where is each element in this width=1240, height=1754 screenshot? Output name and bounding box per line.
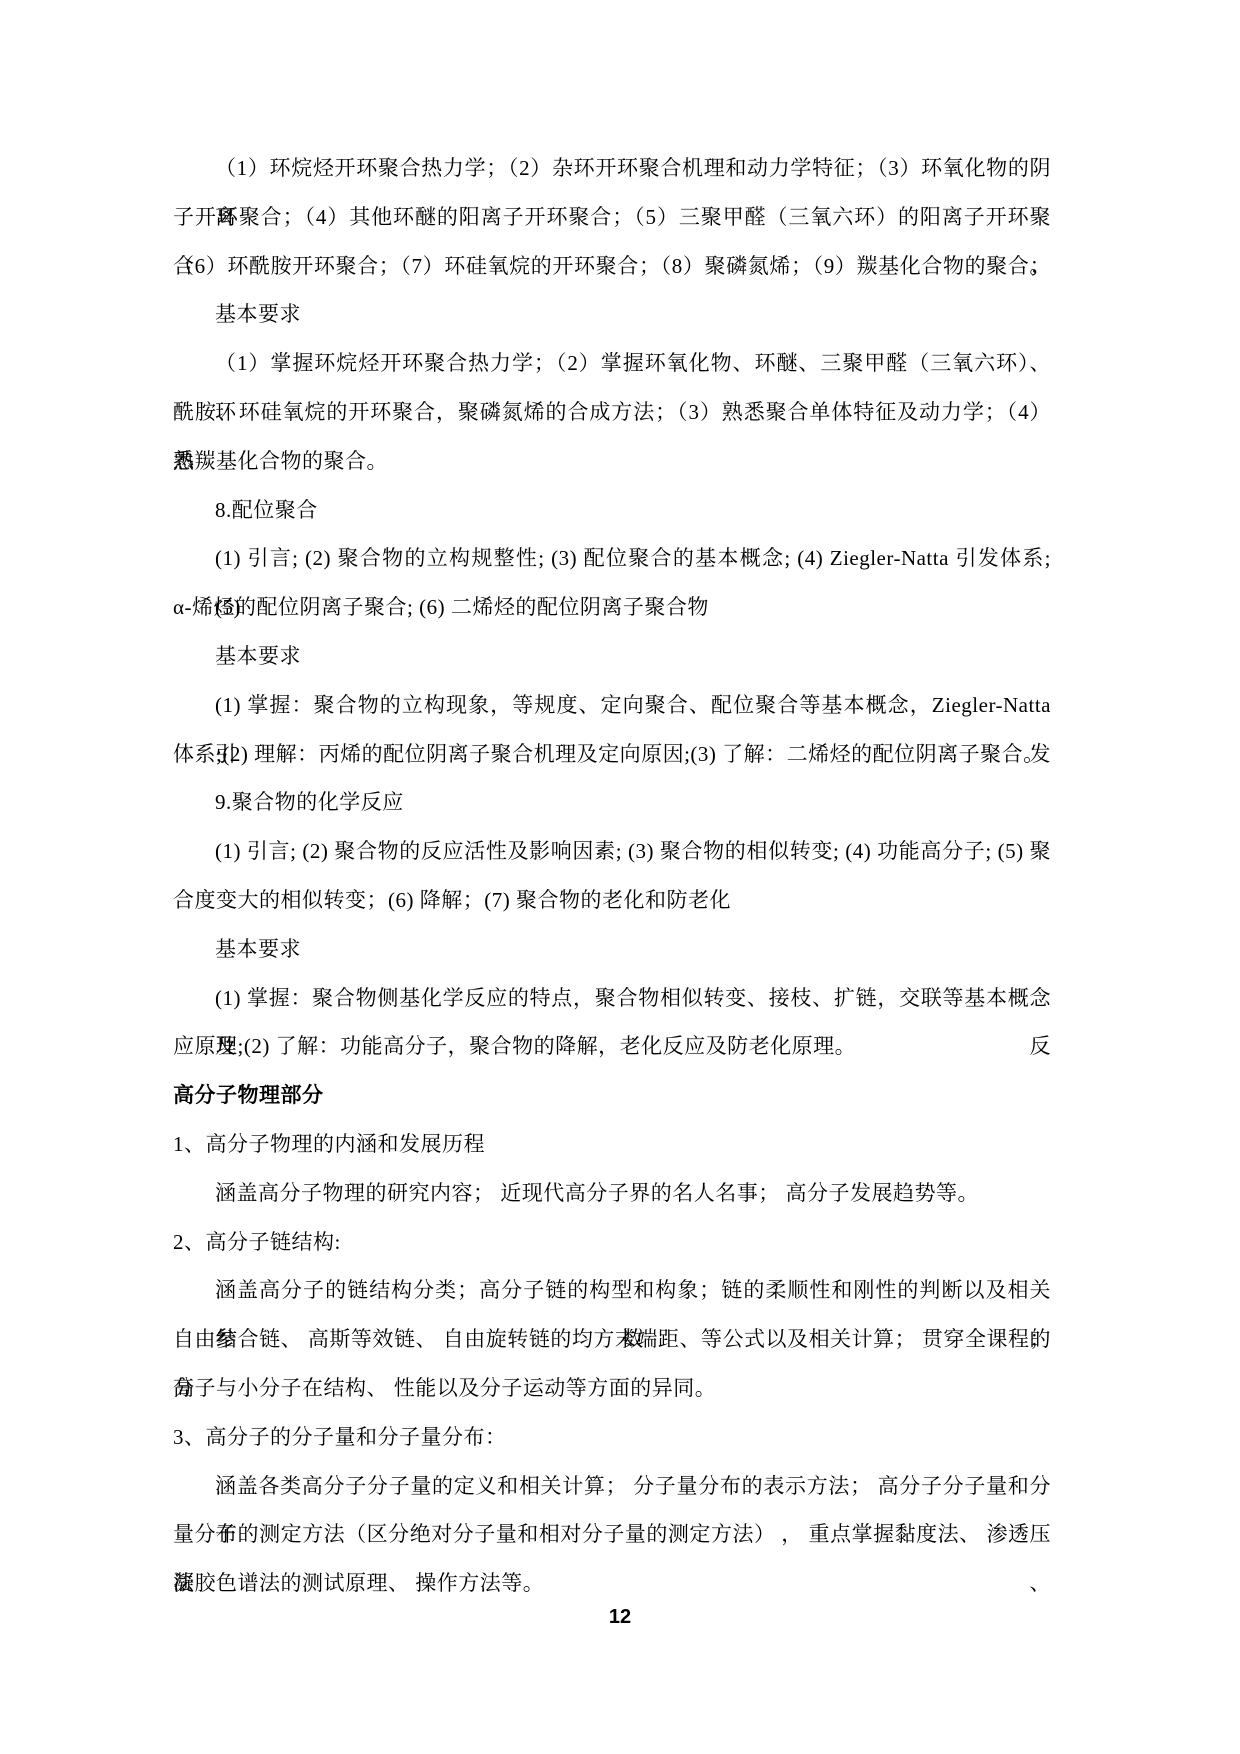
- subheading-basic-requirements: 基本要求: [173, 925, 1051, 974]
- text-line: 酰胺、环硅氧烷的开环聚合，聚磷氮烯的合成方法；（3）熟悉聚合单体特征及动力学；（…: [173, 388, 1051, 437]
- text-line: 自由结合链、 高斯等效链、 自由旋转链的均方末端距、等公式以及相关计算； 贯穿全…: [173, 1315, 1051, 1364]
- text-line: (1) 引言; (2) 聚合物的立构规整性; (3) 配位聚合的基本概念; (4…: [173, 534, 1051, 583]
- heading-item-3: 3、高分子的分子量和分子量分布：: [173, 1413, 1051, 1462]
- text-line: 涵盖高分子物理的研究内容； 近现代高分子界的名人名事； 高分子发展趋势等。: [173, 1169, 1051, 1218]
- text-line: (1) 掌握：聚合物的立构现象，等规度、定向聚合、配位聚合等基本概念，Ziegl…: [173, 681, 1051, 730]
- document-body: （1）环烷烃开环聚合热力学；（2）杂环开环聚合机理和动力学特征；（3）环氧化物的…: [173, 144, 1051, 1608]
- text-line: α-烯烃的配位阴离子聚合; (6) 二烯烃的配位阴离子聚合物: [173, 583, 1051, 632]
- text-line: (1) 掌握：聚合物侧基化学反应的特点，聚合物相似转变、接枝、扩链，交联等基本概…: [173, 974, 1051, 1023]
- text-line: 悉羰基化合物的聚合。: [173, 437, 1051, 486]
- text-line: 合度变大的相似转变；(6) 降解；(7) 聚合物的老化和防老化: [173, 876, 1051, 925]
- text-line: 分子与小分子在结构、 性能以及分子运动等方面的异同。: [173, 1364, 1051, 1413]
- text-line: （6）环酰胺开环聚合；（7）环硅氧烷的开环聚合；（8）聚磷氮烯；（9）羰基化合物…: [173, 242, 1051, 291]
- heading-section-9: 9.聚合物的化学反应: [173, 778, 1051, 827]
- page-number: 12: [0, 1603, 1240, 1631]
- text-line: 子开环聚合；（4）其他环醚的阳离子开环聚合；（5）三聚甲醛（三氧六环）的阳离子开…: [173, 193, 1051, 242]
- text-line: 涵盖各类高分子分子量的定义和相关计算； 分子量分布的表示方法； 高分子分子量和分…: [173, 1462, 1051, 1511]
- heading-item-2: 2、高分子链结构:: [173, 1218, 1051, 1267]
- subheading-basic-requirements: 基本要求: [173, 290, 1051, 339]
- heading-item-1: 1、高分子物理的内涵和发展历程: [173, 1120, 1051, 1169]
- heading-polymer-physics-part: 高分子物理部分: [173, 1071, 1051, 1120]
- text-line: （1）环烷烃开环聚合热力学；（2）杂环开环聚合机理和动力学特征；（3）环氧化物的…: [173, 144, 1051, 193]
- text-line: 体系;(2) 理解：丙烯的配位阴离子聚合机理及定向原因;(3) 了解：二烯烃的配…: [173, 730, 1051, 779]
- text-line: (1) 引言; (2) 聚合物的反应活性及影响因素; (3) 聚合物的相似转变;…: [173, 827, 1051, 876]
- subheading-basic-requirements: 基本要求: [173, 632, 1051, 681]
- text-line: 量分布的测定方法（区分绝对分子量和相对分子量的测定方法） ， 重点掌握黏度法、 …: [173, 1510, 1051, 1559]
- text-line: 涵盖高分子的链结构分类；高分子链的构型和构象；链的柔顺性和刚性的判断以及相关参数…: [173, 1266, 1051, 1315]
- document-page: （1）环烷烃开环聚合热力学；（2）杂环开环聚合机理和动力学特征；（3）环氧化物的…: [0, 0, 1240, 1754]
- heading-section-8: 8.配位聚合: [173, 486, 1051, 535]
- text-line: （1）掌握环烷烃开环聚合热力学；（2）掌握环氧化物、环醚、三聚甲醛（三氧六环）、…: [173, 339, 1051, 388]
